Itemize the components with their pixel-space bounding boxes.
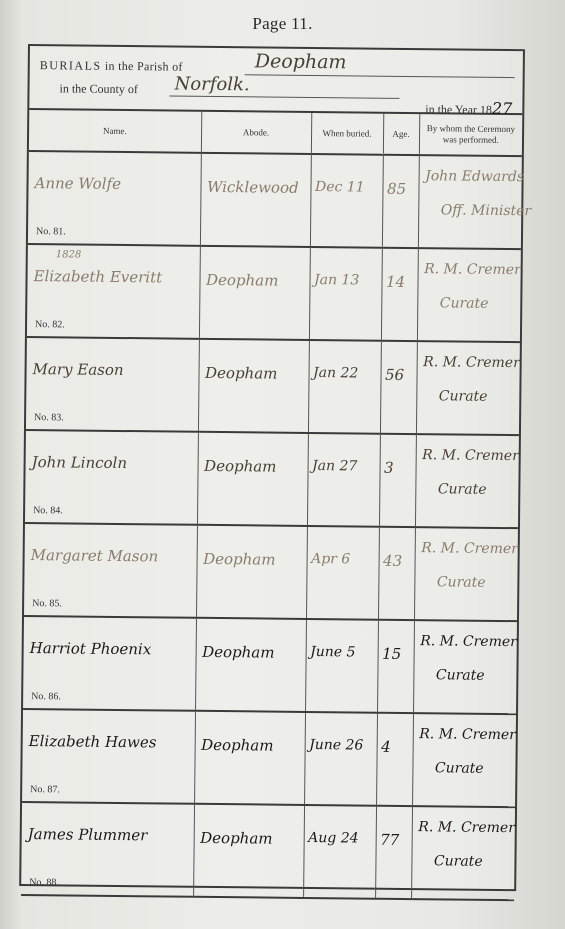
abode-value: Deopham xyxy=(200,829,273,848)
table-row: Harriot Phoenix No. 86. Deopham June 5 1… xyxy=(23,616,517,714)
col-header-when-buried: When buried. xyxy=(311,113,383,155)
deceased-name: Elizabeth Hawes xyxy=(29,732,157,751)
officiant-cell: R. M. Cremer Curate xyxy=(413,620,517,714)
burial-date: June 26 xyxy=(309,737,363,754)
when-buried-cell: Jan 13 xyxy=(309,247,382,341)
entry-number: No. 86. xyxy=(31,691,61,702)
abode-value: Deopham xyxy=(206,271,279,290)
when-buried-cell: Dec 11 xyxy=(310,154,383,248)
officiant-cell: R. M. Cremer Curate xyxy=(412,713,516,807)
when-buried-cell: Apr 6 xyxy=(306,526,379,620)
name-cell: James Plummer No. 88. xyxy=(21,802,194,897)
burial-date: Dec 11 xyxy=(315,179,365,196)
abode-cell: Deopham xyxy=(193,804,304,898)
col-header-officiant: By whom the Ceremony was performed. xyxy=(419,114,522,156)
age-cell: 14 xyxy=(381,248,418,341)
burials-label: BURIALS xyxy=(40,58,102,73)
year-prefix: in the Year 18 xyxy=(425,102,492,117)
age-cell: 15 xyxy=(377,620,414,713)
entry-number: No. 87. xyxy=(30,784,60,795)
year-value: 27 xyxy=(492,99,513,118)
abode-cell: Deopham xyxy=(194,711,305,805)
deceased-name: Anne Wolfe xyxy=(34,174,121,193)
burial-date: Apr 6 xyxy=(311,551,350,567)
entry-number: No. 84. xyxy=(33,505,63,516)
officiant-name: John Edwards xyxy=(425,168,524,185)
officiant-name: R. M. Cremer xyxy=(424,261,521,278)
col-header-name: Name. xyxy=(29,110,201,153)
deceased-name: John Lincoln xyxy=(32,453,128,472)
officiant-title: Curate xyxy=(437,574,486,591)
name-cell: Anne Wolfe No. 81. xyxy=(28,151,201,246)
table-row: 1828 Elizabeth Everitt No. 82. Deopham J… xyxy=(27,244,521,342)
table-row: Margaret Mason No. 85. Deopham Apr 6 43 … xyxy=(24,523,518,621)
when-buried-cell: June 5 xyxy=(305,619,378,713)
name-cell: Harriot Phoenix No. 86. xyxy=(23,616,196,711)
age-value: 56 xyxy=(385,366,404,384)
table-row: Mary Eason No. 83. Deopham Jan 22 56 R. … xyxy=(26,337,520,435)
abode-cell: Deopham xyxy=(196,525,307,619)
entry-number: No. 88. xyxy=(29,877,59,888)
officiant-name: R. M. Cremer xyxy=(420,633,517,650)
abode-value: Deopham xyxy=(205,364,278,383)
deceased-name: Elizabeth Everitt xyxy=(33,267,162,286)
parish-underline xyxy=(245,74,515,78)
parish-value: Deopham xyxy=(255,50,347,73)
register-header: BURIALS in the Parish of Deopham in the … xyxy=(29,46,523,115)
abode-value: Deopham xyxy=(201,736,274,755)
age-cell: 56 xyxy=(380,341,417,434)
table-row: Elizabeth Hawes No. 87. Deopham June 26 … xyxy=(22,709,516,807)
name-cell: 1828 Elizabeth Everitt No. 82. xyxy=(27,244,200,339)
age-value: 14 xyxy=(386,273,405,291)
officiant-cell: R. M. Cremer Curate xyxy=(414,527,518,621)
entry-number: No. 81. xyxy=(36,226,66,237)
entry-number: No. 82. xyxy=(35,319,65,330)
when-buried-cell: Jan 22 xyxy=(308,340,381,434)
age-cell: 4 xyxy=(376,713,413,806)
name-cell: Elizabeth Hawes No. 87. xyxy=(22,709,195,804)
parish-line: BURIALS in the Parish of xyxy=(40,58,183,74)
when-buried-cell: June 26 xyxy=(304,712,377,806)
officiant-title: Curate xyxy=(439,388,488,405)
table-row: John Lincoln No. 84. Deopham Jan 27 3 R.… xyxy=(25,430,519,528)
officiant-cell: R. M. Cremer Curate xyxy=(411,806,515,900)
burial-date: Jan 22 xyxy=(313,365,358,381)
officiant-name: R. M. Cremer xyxy=(421,540,518,557)
abode-cell: Wicklewood xyxy=(200,153,311,247)
age-value: 85 xyxy=(387,180,406,198)
officiant-name: R. M. Cremer xyxy=(419,726,516,743)
abode-cell: Deopham xyxy=(198,339,309,433)
burials-table: Name. Abode. When buried. Age. By whom t… xyxy=(21,110,522,901)
parish-prefix: in the Parish of xyxy=(105,59,183,74)
officiant-name: R. M. Cremer xyxy=(422,447,519,464)
abode-value: Deopham xyxy=(204,457,277,476)
abode-value: Wicklewood xyxy=(207,178,299,197)
officiant-title: Curate xyxy=(434,853,483,870)
officiant-title: Curate xyxy=(436,667,485,684)
deceased-name: Mary Eason xyxy=(33,360,124,379)
county-prefix: in the County of xyxy=(59,81,137,97)
name-cell: Mary Eason No. 83. xyxy=(26,337,199,432)
age-value: 15 xyxy=(382,645,401,663)
age-cell: 77 xyxy=(375,806,412,899)
entry-number: No. 85. xyxy=(32,598,62,609)
officiant-name: R. M. Cremer xyxy=(418,819,515,836)
age-value: 43 xyxy=(383,552,402,570)
name-cell: John Lincoln No. 84. xyxy=(25,430,198,525)
year-note: 1828 xyxy=(56,249,82,260)
officiant-title: Curate xyxy=(438,481,487,498)
county-underline xyxy=(169,95,399,98)
age-value: 3 xyxy=(384,459,394,477)
age-cell: 85 xyxy=(382,155,419,248)
officiant-cell: John Edwards Off. Minister xyxy=(418,155,522,249)
officiant-cell: R. M. Cremer Curate xyxy=(415,434,519,528)
age-value: 4 xyxy=(381,738,391,756)
deceased-name: James Plummer xyxy=(28,825,148,844)
abode-value: Deopham xyxy=(202,643,275,662)
burial-date: Aug 24 xyxy=(308,830,359,847)
age-value: 77 xyxy=(380,831,399,849)
officiant-title: Curate xyxy=(440,295,489,312)
officiant-name: R. M. Cremer xyxy=(423,354,520,371)
officiant-cell: R. M. Cremer Curate xyxy=(417,248,521,342)
name-cell: Margaret Mason No. 85. xyxy=(24,523,197,618)
table-row: Anne Wolfe No. 81. Wicklewood Dec 11 85 … xyxy=(28,151,522,249)
age-cell: 43 xyxy=(378,527,415,620)
col-header-abode: Abode. xyxy=(201,112,311,154)
county-value: Norfolk. xyxy=(174,74,249,96)
abode-cell: Deopham xyxy=(195,618,306,712)
burial-date: Jan 13 xyxy=(314,272,359,288)
year-line: in the Year 1827 xyxy=(425,98,512,118)
page-title: Page 11. xyxy=(0,14,565,34)
burial-date: Jan 27 xyxy=(312,458,357,474)
burial-date: June 5 xyxy=(310,644,355,660)
burial-register: BURIALS in the Parish of Deopham in the … xyxy=(19,44,525,891)
when-buried-cell: Jan 27 xyxy=(307,433,380,527)
table-row: James Plummer No. 88. Deopham Aug 24 77 … xyxy=(21,802,515,900)
officiant-title: Curate xyxy=(435,760,484,777)
entry-number: No. 83. xyxy=(34,412,64,423)
deceased-name: Harriot Phoenix xyxy=(30,639,152,658)
deceased-name: Margaret Mason xyxy=(31,546,159,565)
col-header-age: Age. xyxy=(383,114,419,155)
when-buried-cell: Aug 24 xyxy=(303,805,376,899)
officiant-title: Off. Minister xyxy=(441,202,532,219)
age-cell: 3 xyxy=(379,434,416,527)
abode-value: Deopham xyxy=(203,550,276,569)
abode-cell: Deopham xyxy=(197,432,308,526)
abode-cell: Deopham xyxy=(199,246,310,340)
officiant-cell: R. M. Cremer Curate xyxy=(416,341,520,435)
